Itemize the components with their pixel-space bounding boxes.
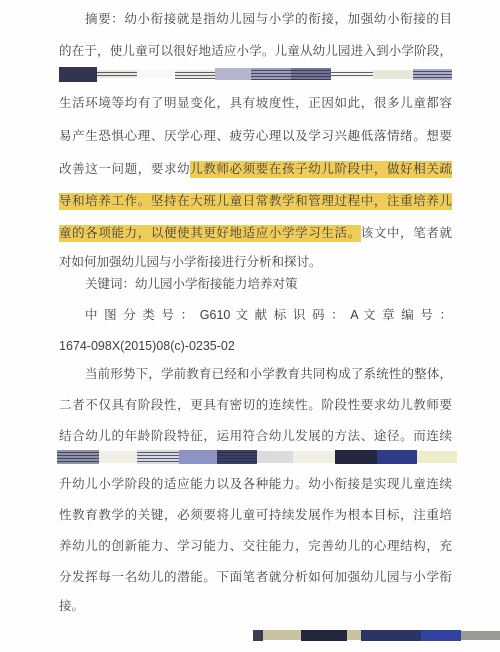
text-run: 摘要：幼小衔接就是指幼儿园与小学的衔接，加强幼小衔接的目 [85,12,452,26]
stripe-segment [331,70,373,78]
stripe-segment [59,67,97,82]
stripe-segment [263,630,301,640]
text-run: 中 图 分 类 号 ： G610 文 献 标 识 码 ： A 文 章 编 号 ： [85,308,452,322]
article-number-line: 1674-098X(2015)08(c)-0235-02 [59,337,452,356]
body-line-6: 养幼儿的创新能力、学习能力、交往能力，完善幼儿的心理结构，充 [59,537,452,556]
stripe-segment [97,70,137,78]
abstract-line-7: 童的各项能力，以便使其更好地适应小学学习生活。该文中，笔者就 [59,224,452,243]
text-run: 分发挥每一名幼儿的潜能。下面笔者就分析如何加强幼儿园与小学衔 [59,570,452,584]
body-line-1: 当前形势下，学前教育已经和小学教育共同构成了系统性的整体， [85,365,452,384]
stripe-segment [253,630,263,641]
text-run: 1674-098X(2015)08(c)-0235-02 [59,339,235,353]
stripe-segment [257,451,293,463]
text-run: 二者不仅具有阶段性，更具有密切的连续性。阶段性要求幼儿教师要 [59,398,452,412]
abstract-line-2: 的在于，使儿童可以很好地适应小学。儿童从幼儿园进入到小学阶段， [59,42,452,61]
text-run: 该文中，笔者就 [361,226,452,240]
text-run: 易产生恐惧心理、厌学心理、疲劳心理以及学习兴趣低落情绪。想要 [59,129,452,143]
abstract-line-8: 对如何加强幼儿园与小学衔接进行分析和探讨。 [59,253,452,272]
body-line-4: 升幼儿小学阶段的适应能力以及各种能力。幼小衔接是实现儿童连续 [59,475,452,494]
stripe-segment [137,450,179,464]
text-run: 对如何加强幼儿园与小学衔接进行分析和探讨。 [59,255,322,269]
stripe-segment [137,70,175,78]
abstract-line-6: 导和培养工作。坚持在大班儿童日常教学和管理过程中，注重培养儿 [59,192,452,211]
scan-artifact-stripe-middle [57,449,457,465]
stripe-segment [217,450,257,464]
text-run: 升幼儿小学阶段的适应能力以及各种能力。幼小衔接是实现儿童连续 [59,477,452,491]
text-run: 性教育教学的关键，必须要将儿童可持续发展作为根本目标，注重培 [59,508,452,522]
body-line-8: 接。 [59,597,452,616]
text-run: 关键词：幼儿园小学衔接能力培养对策 [85,277,298,291]
stripe-segment [461,631,500,640]
body-line-3: 结合幼儿的年龄阶段特征，运用符合幼儿发展的方法、途径。而连续 [59,427,452,446]
stripe-segment [417,451,457,463]
scan-artifact-stripe-top [59,66,452,82]
text-run: 养幼儿的创新能力、学习能力、交往能力，完善幼儿的心理结构，充 [59,539,452,553]
abstract-line-4: 易产生恐惧心理、厌学心理、疲劳心理以及学习兴趣低落情绪。想要 [59,127,452,146]
stripe-segment [421,630,461,641]
stripe-segment [179,450,217,464]
text-run: 当前形势下，学前教育已经和小学教育共同构成了系统性的整体， [85,367,452,381]
highlighted-text-run: 导和培养工作。坚持在大班儿童日常教学和管理过程中，注重培养儿 [59,193,452,210]
stripe-segment [377,450,417,464]
text-run: 接。 [59,599,84,613]
stripe-segment [335,450,377,464]
stripe-segment [373,70,413,79]
abstract-line-3: 生活环境等均有了明显变化，具有坡度性，正因如此，很多儿童都容 [59,94,452,113]
keywords-line: 关键词：幼儿园小学衔接能力培养对策 [85,275,452,294]
text-run: 生活环境等均有了明显变化，具有坡度性，正因如此，很多儿童都容 [59,96,452,110]
body-line-7: 分发挥每一名幼儿的潜能。下面笔者就分析如何加强幼儿园与小学衔 [59,568,452,587]
page: 摘要：幼小衔接就是指幼儿园与小学的衔接，加强幼小衔接的目的在于，使儿童可以很好地… [0,0,500,652]
abstract-line-5: 改善这一问题，要求幼儿教师必须要在孩子幼儿阶段中，做好相关疏 [59,160,452,179]
stripe-segment [361,630,421,641]
stripe-segment [175,70,215,79]
stripe-segment [293,451,335,463]
text-run: 改善这一问题，要求幼 [59,162,190,176]
stripe-segment [57,450,99,464]
text-run: 结合幼儿的年龄阶段特征，运用符合幼儿发展的方法、途径。而连续 [59,429,452,443]
body-line-5: 性教育教学的关键，必须要将儿童可持续发展作为根本目标，注重培 [59,506,452,525]
body-line-2: 二者不仅具有阶段性，更具有密切的连续性。阶段性要求幼儿教师要 [59,396,452,415]
classification-line: 中 图 分 类 号 ： G610 文 献 标 识 码 ： A 文 章 编 号 ： [85,306,452,325]
stripe-segment [291,68,331,80]
stripe-segment [215,68,251,80]
stripe-segment [413,69,452,80]
text-run: 的在于，使儿童可以很好地适应小学。儿童从幼儿园进入到小学阶段， [59,44,452,58]
stripe-segment [251,68,291,80]
stripe-segment [347,630,361,640]
highlighted-text-run: 儿教师必须要在孩子幼儿阶段中，做好相关疏 [190,161,452,178]
stripe-segment [301,630,347,641]
scan-artifact-stripe-bottom [253,629,500,641]
highlighted-text-run: 童的各项能力，以便使其更好地适应小学学习生活。 [59,225,361,242]
stripe-segment [99,451,137,463]
abstract-line-1: 摘要：幼小衔接就是指幼儿园与小学的衔接，加强幼小衔接的目 [85,10,452,29]
